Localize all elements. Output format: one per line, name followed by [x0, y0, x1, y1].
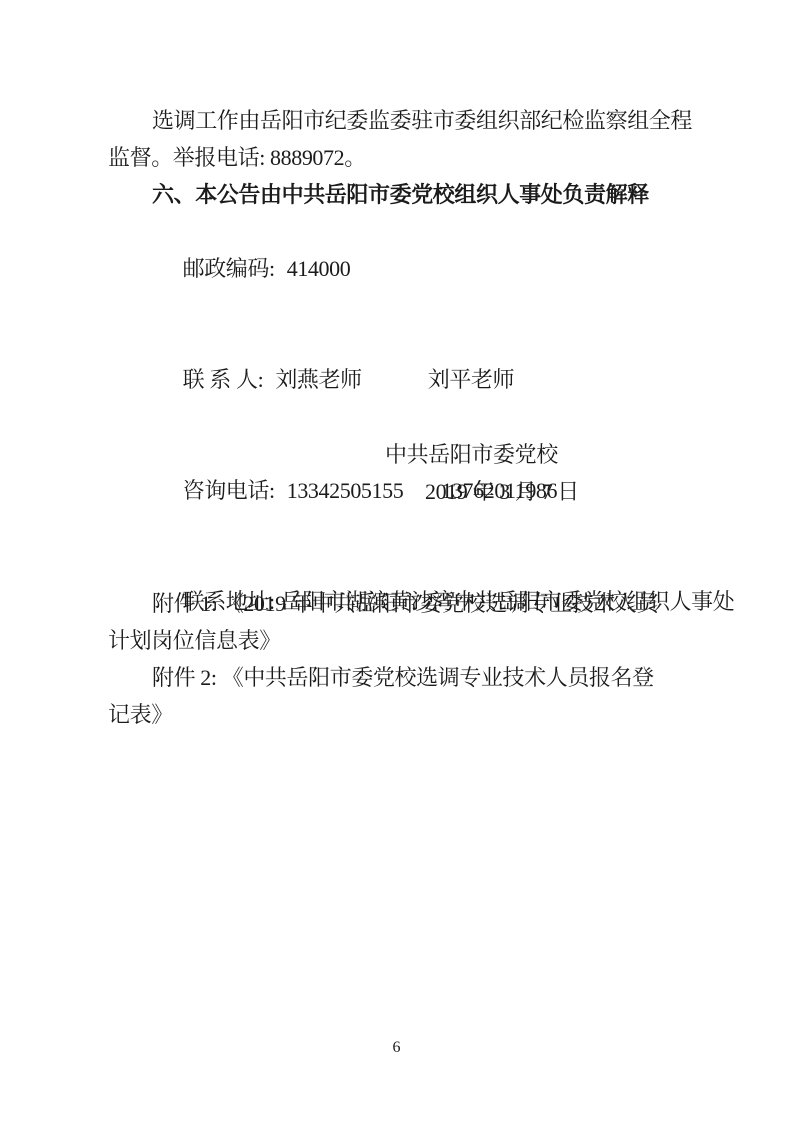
document-page: 选调工作由岳阳市纪委监委驻市委组织部纪检监察组全程 监督。举报电话: 88890… — [0, 0, 793, 1122]
attachment-1-line-1: 附件 1: 《2019 年中共岳阳市委党校选调专业技术人员 — [108, 585, 702, 622]
postal-code-value: 414000 — [287, 256, 351, 281]
attachment-2-line-1: 附件 2: 《中共岳阳市委党校选调专业技术人员报名登 — [108, 659, 702, 696]
attachment-1-line-2: 计划岗位信息表》 — [108, 622, 702, 659]
signature-date: 2019 年 3 月 7 日 — [0, 473, 793, 510]
signature-block: 中共岳阳市委党校 2019 年 3 月 7 日 — [0, 436, 793, 510]
section-heading-text: 六、本公告由中共岳阳市委党校组织人事处负责解释 — [108, 176, 702, 213]
postal-code-line: 邮政编码:414000 — [108, 213, 702, 324]
contact-person-line: 联 系 人:刘燕老师刘平老师 — [108, 324, 702, 435]
page-number: 6 — [0, 1038, 793, 1058]
contact-person-label: 联 系 人: — [183, 367, 264, 392]
attachments-list: 附件 1: 《2019 年中共岳阳市委党校选调专业技术人员 计划岗位信息表》 附… — [108, 585, 702, 733]
contact-person-2: 刘平老师 — [428, 367, 514, 392]
section-heading: 六、本公告由中共岳阳市委党校组织人事处负责解释 — [108, 176, 702, 213]
signature-organization: 中共岳阳市委党校 — [0, 436, 793, 473]
attachment-2-line-2: 记表》 — [108, 696, 702, 733]
postal-code-label: 邮政编码: — [183, 256, 275, 281]
supervision-paragraph: 选调工作由岳阳市纪委监委驻市委组织部纪检监察组全程 监督。举报电话: 88890… — [108, 102, 702, 176]
supervision-line-1: 选调工作由岳阳市纪委监委驻市委组织部纪检监察组全程 — [108, 102, 702, 139]
supervision-line-2: 监督。举报电话: 8889072。 — [108, 139, 702, 176]
contact-person-1: 刘燕老师 — [275, 367, 361, 392]
